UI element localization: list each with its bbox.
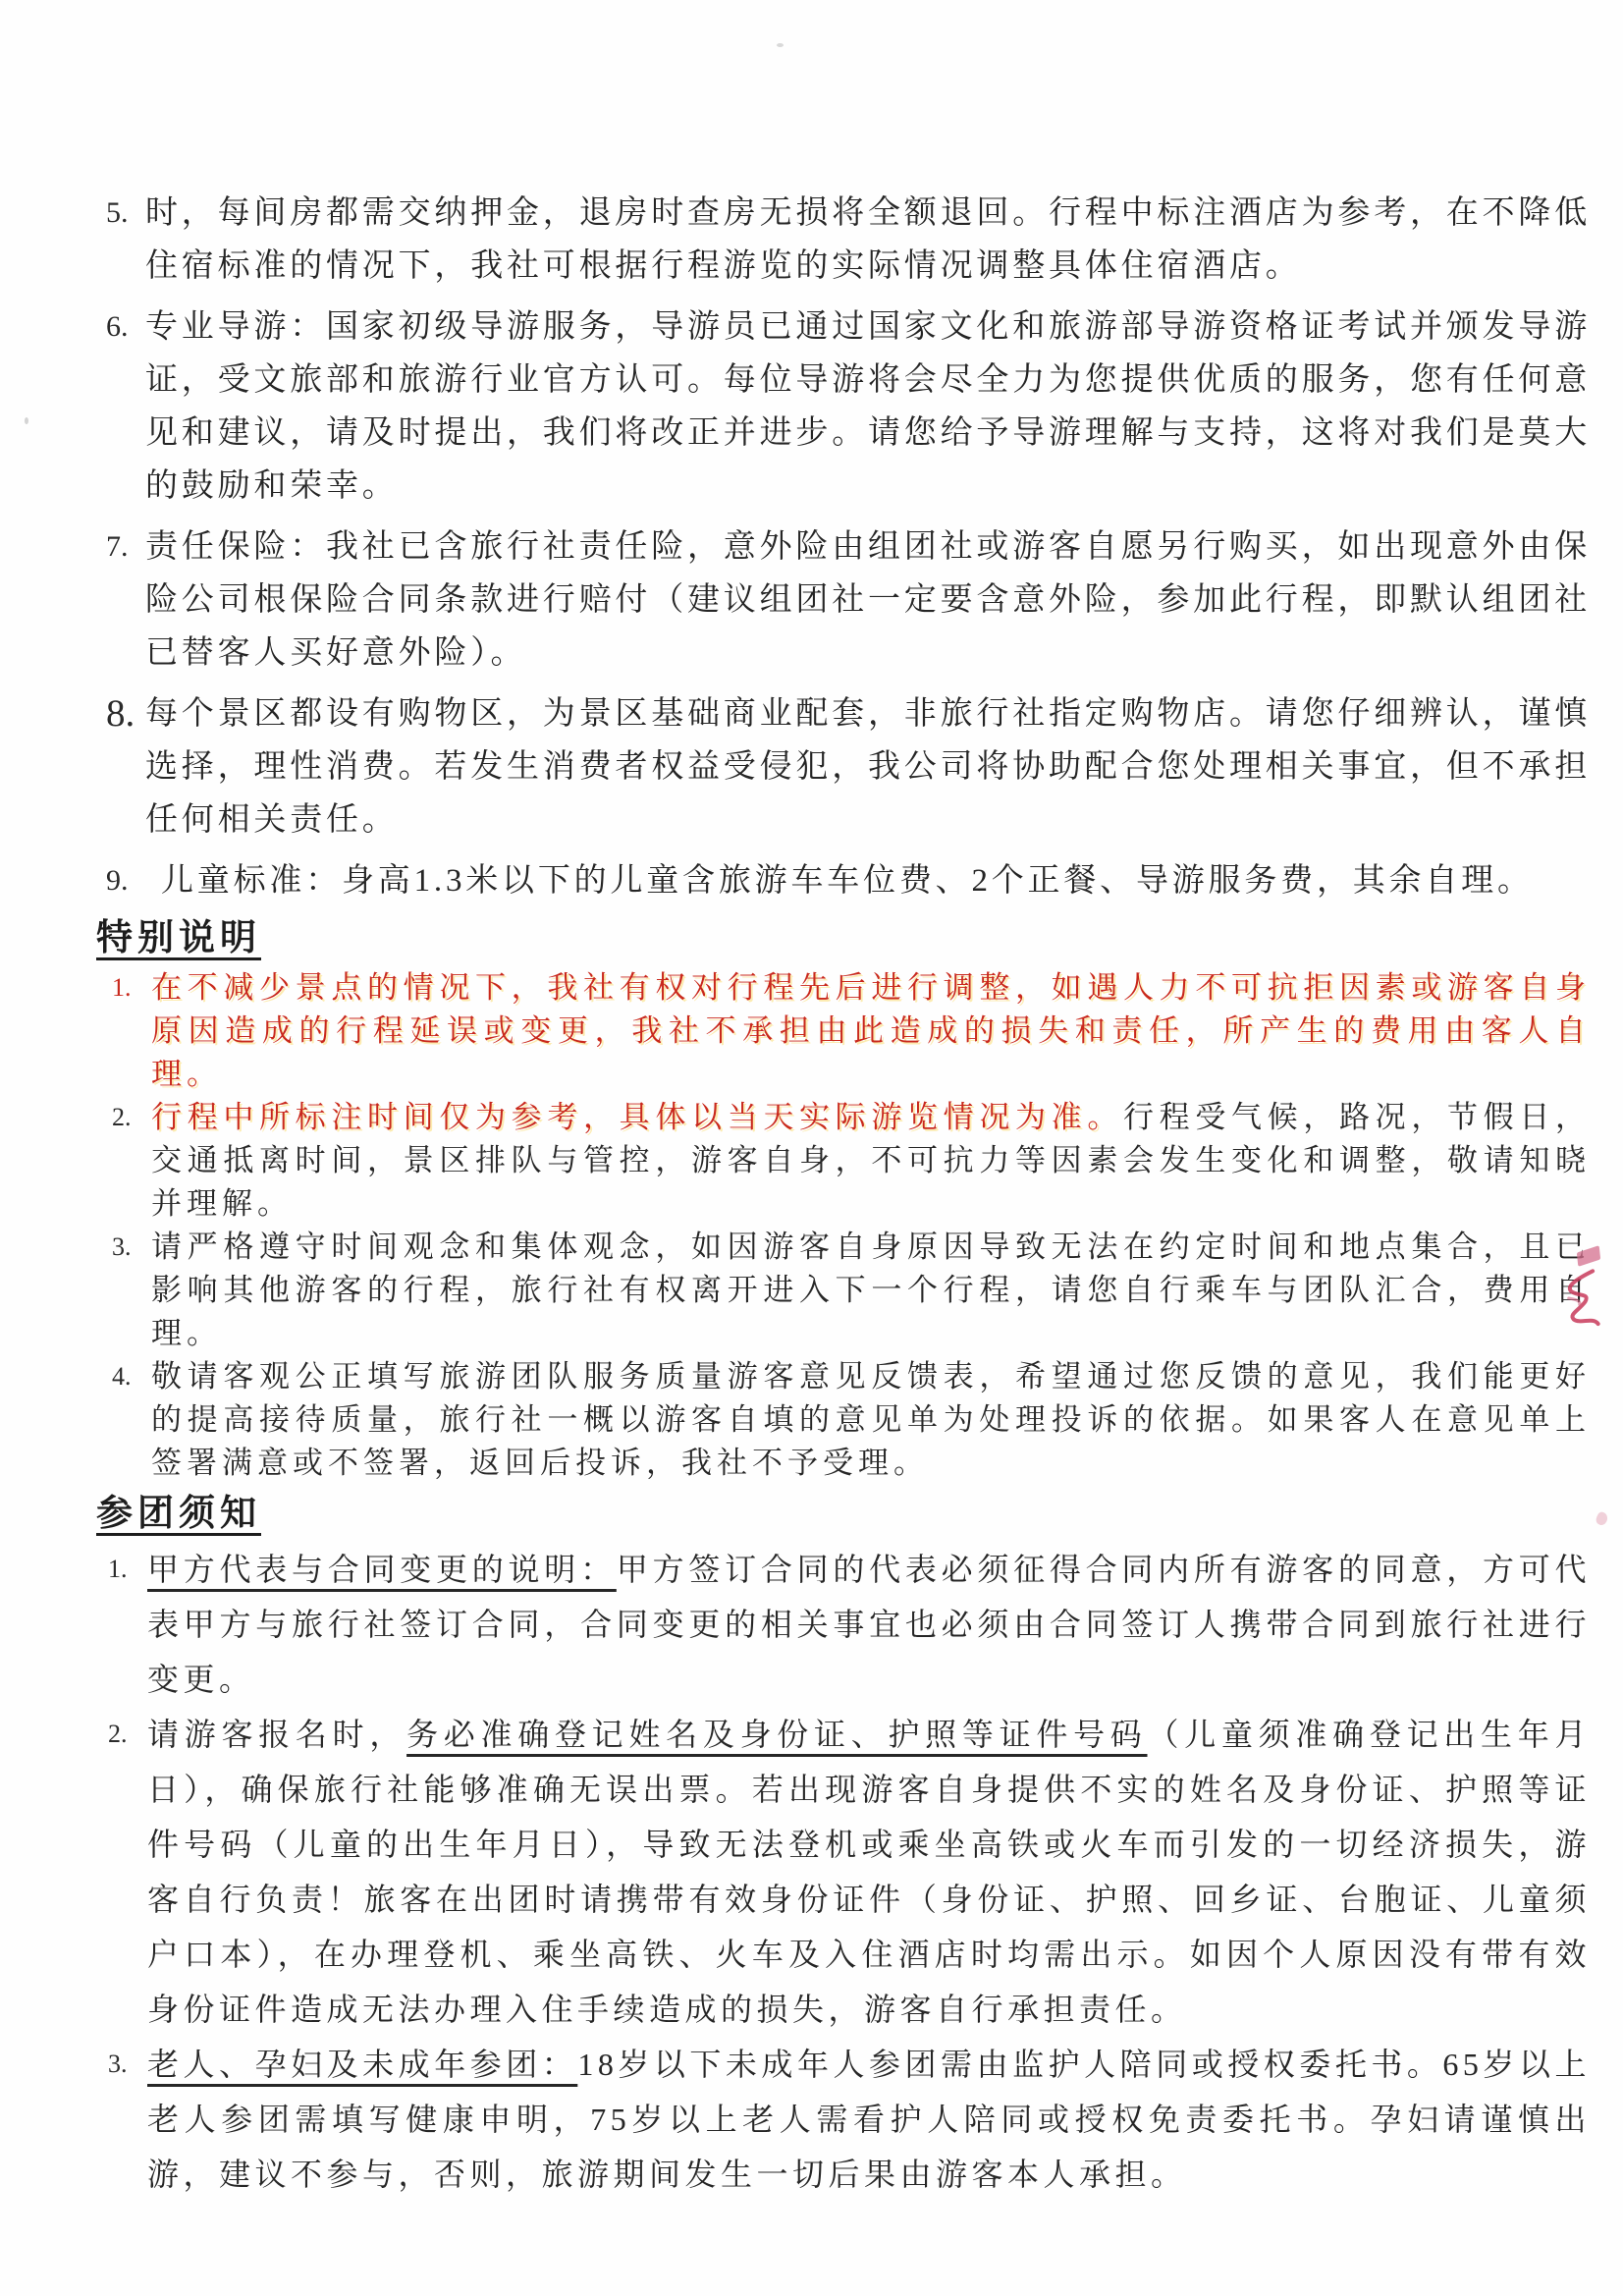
item-number: 2. xyxy=(106,1096,151,1139)
list-item: 2. 行程中所标注时间仅为参考，具体以当天实际游览情况为准。行程受气候，路况，节… xyxy=(106,1096,1591,1226)
list-item: 3. 老人、孕妇及未成年参团：18岁以下未成年人参团需由监护人陪同或授权委托书。… xyxy=(106,2037,1591,2202)
item-number: 6. xyxy=(106,301,145,354)
underlined-text: 甲方代表与合同变更的说明： xyxy=(147,1552,617,1587)
item-text: 儿童标准：身高1.3米以下的儿童含旅游车车位费、2个正餐、导游服务费，其余自理。 xyxy=(145,854,1591,907)
list-item: 1. 甲方代表与合同变更的说明：甲方签订合同的代表必须征得合同内所有游客的同意，… xyxy=(106,1542,1591,1707)
special-notes-list: 1. 在不减少景点的情况下，我社有权对行程先后进行调整，如遇人力不可抗拒因素或游… xyxy=(0,966,1623,1485)
list-item: 6. 专业导游：国家初级导游服务，导游员已通过国家文化和旅游部导游资格证考试并颁… xyxy=(106,301,1591,513)
item-text: 甲方代表与合同变更的说明：甲方签订合同的代表必须征得合同内所有游客的同意，方可代… xyxy=(147,1542,1591,1707)
body-text: 请严格遵守时间观念和集体观念，如因游客自身原因导致无法在约定时间和地点集合，且已… xyxy=(151,1230,1591,1350)
item-text: 请游客报名时，务必准确登记姓名及身份证、护照等证件号码（儿童须准确登记出生年月日… xyxy=(147,1707,1591,2037)
item-number: 1. xyxy=(106,1542,147,1597)
item-number: 8. xyxy=(106,687,145,740)
special-notes-heading: 特别说明 xyxy=(0,915,1623,962)
list-item: 3. 请严格遵守时间观念和集体观念，如因游客自身原因导致无法在约定时间和地点集合… xyxy=(106,1226,1591,1355)
item-text: 每个景区都设有购物区，为景区基础商业配套，非旅行社指定购物店。请您仔细辨认，谨慎… xyxy=(145,687,1591,847)
item-text: 行程中所标注时间仅为参考，具体以当天实际游览情况为准。行程受气候，路况，节假日，… xyxy=(151,1096,1591,1226)
item-text: 在不减少景点的情况下，我社有权对行程先后进行调整，如遇人力不可抗拒因素或游客自身… xyxy=(151,966,1591,1096)
travel-terms-document: 5. 时，每间房都需交纳押金，退房时查房无损将全额退回。行程中标注酒店为参考，在… xyxy=(0,0,1623,2202)
red-highlight-text: 在不减少景点的情况下，我社有权对行程先后进行调整，如遇人力不可抗拒因素或游客自身… xyxy=(151,970,1591,1091)
list-item: 4. 敬请客观公正填写旅游团队服务质量游客意见反馈表，希望通过您反馈的意见，我们… xyxy=(106,1355,1591,1485)
item-number: 3. xyxy=(106,1226,151,1269)
item-text: 专业导游：国家初级导游服务，导游员已通过国家文化和旅游部导游资格证考试并颁发导游… xyxy=(145,301,1591,513)
item-text: 敬请客观公正填写旅游团队服务质量游客意见反馈表，希望通过您反馈的意见，我们能更好… xyxy=(151,1355,1591,1485)
item-number: 1. xyxy=(106,966,151,1010)
list-item: 2. 请游客报名时，务必准确登记姓名及身份证、护照等证件号码（儿童须准确登记出生… xyxy=(106,1707,1591,2037)
item-text: 时，每间房都需交纳押金，退房时查房无损将全额退回。行程中标注酒店为参考，在不降低… xyxy=(145,187,1591,293)
general-terms-list: 5. 时，每间房都需交纳押金，退房时查房无损将全额退回。行程中标注酒店为参考，在… xyxy=(0,187,1623,907)
item-number: 3. xyxy=(106,2037,147,2092)
list-item: 8. 每个景区都设有购物区，为景区基础商业配套，非旅行社指定购物店。请您仔细辨认… xyxy=(106,687,1591,847)
group-notice-heading: 参团须知 xyxy=(0,1491,1623,1538)
group-notice-list: 1. 甲方代表与合同变更的说明：甲方签订合同的代表必须征得合同内所有游客的同意，… xyxy=(0,1542,1623,2202)
item-number: 7. xyxy=(106,520,145,574)
list-item: 1. 在不减少景点的情况下，我社有权对行程先后进行调整，如遇人力不可抗拒因素或游… xyxy=(106,966,1591,1096)
item-number: 9. xyxy=(106,854,145,907)
item-number: 2. xyxy=(106,1707,147,1762)
body-text: （儿童须准确登记出生年月日），确保旅行社能够准确无误出票。若出现游客自身提供不实… xyxy=(147,1717,1591,2027)
underlined-text: 务必准确登记姓名及身份证、护照等证件号码 xyxy=(406,1717,1147,1752)
red-highlight-text: 行程中所标注时间仅为参考，具体以当天实际游览情况为准。 xyxy=(151,1100,1123,1134)
item-text: 请严格遵守时间观念和集体观念，如因游客自身原因导致无法在约定时间和地点集合，且已… xyxy=(151,1226,1591,1355)
list-item: 5. 时，每间房都需交纳押金，退房时查房无损将全额退回。行程中标注酒店为参考，在… xyxy=(106,187,1591,293)
item-number: 4. xyxy=(106,1355,151,1398)
item-number: 5. xyxy=(106,187,145,240)
item-text: 责任保险：我社已含旅行社责任险，意外险由组团社或游客自愿另行购买，如出现意外由保… xyxy=(145,520,1591,680)
underlined-text: 老人、孕妇及未成年参团： xyxy=(147,2047,577,2082)
item-text: 老人、孕妇及未成年参团：18岁以下未成年人参团需由监护人陪同或授权委托书。65岁… xyxy=(147,2037,1591,2202)
list-item: 7. 责任保险：我社已含旅行社责任险，意外险由组团社或游客自愿另行购买，如出现意… xyxy=(106,520,1591,680)
document-page: 5. 时，每间房都需交纳押金，退房时查房无损将全额退回。行程中标注酒店为参考，在… xyxy=(0,0,1623,2296)
body-text: 敬请客观公正填写旅游团队服务质量游客意见反馈表，希望通过您反馈的意见，我们能更好… xyxy=(151,1359,1591,1480)
list-item: 9. 儿童标准：身高1.3米以下的儿童含旅游车车位费、2个正餐、导游服务费，其余… xyxy=(106,854,1591,907)
body-text: 请游客报名时， xyxy=(147,1717,406,1752)
